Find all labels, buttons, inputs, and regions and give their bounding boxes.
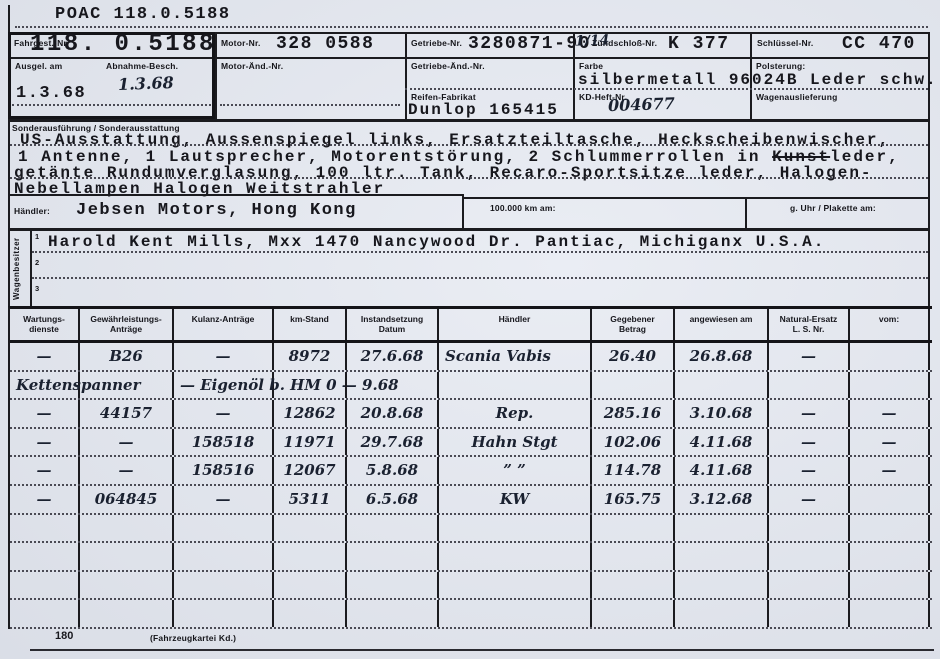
gearbox-mod-number-label: Getriebe-Änd.-Nr. <box>411 61 485 71</box>
acceptance-cert-label: Abnahme-Besch. <box>106 61 178 71</box>
table-cell <box>439 515 592 542</box>
table-cell: ” ” <box>439 457 592 484</box>
table-cell: 165.75 <box>592 486 675 513</box>
table-cell <box>675 543 769 570</box>
card-stamp-number: POAC 118.0.5188 <box>55 5 231 24</box>
table-header-row: Wartungs- diensteGewährleistungs- Anträg… <box>10 309 932 343</box>
table-cell <box>274 600 347 627</box>
rule <box>30 649 934 651</box>
table-cell <box>592 572 675 599</box>
table-cell: 064845 <box>80 486 174 513</box>
table-header-cell: Händler <box>439 309 592 340</box>
table-cell <box>850 600 930 627</box>
table-cell <box>80 515 174 542</box>
key-number-value: CC 470 <box>842 34 916 54</box>
engine-mod-number-label: Motor-Änd.-Nr. <box>221 61 283 71</box>
table-row: ——1585181197129.7.68Hahn Stgt102.064.11.… <box>10 429 932 458</box>
table-cell: — <box>769 457 850 484</box>
table-cell <box>850 543 930 570</box>
table-header-cell: km-Stand <box>274 309 347 340</box>
kd-booklet-hand-value: 004677 <box>608 94 675 115</box>
table-cell <box>850 372 930 399</box>
color-value: silbermetall 96024B Leder schw. <box>578 71 938 89</box>
table-cell: — Eigenöl b. HM 0 — 9.68 <box>174 372 274 399</box>
100000km-label: 100.000 km am: <box>490 203 556 213</box>
table-row: Kettenspanner— Eigenöl b. HM 0 — 9.68 <box>10 372 932 401</box>
rule <box>8 194 462 196</box>
table-cell <box>80 372 174 399</box>
owner-side-label: Wagenbesitzer <box>12 238 21 300</box>
owner-row3-number: 3 <box>35 284 39 293</box>
table-cell <box>592 372 675 399</box>
table-row <box>10 515 932 544</box>
table-cell <box>274 543 347 570</box>
table-cell: 102.06 <box>592 429 675 456</box>
color-label: Farbe <box>579 61 603 71</box>
table-cell <box>850 343 930 370</box>
table-cell: 44157 <box>80 400 174 427</box>
table-cell: 3.12.68 <box>675 486 769 513</box>
gearbox-number-value: 3280871-90 <box>468 34 591 54</box>
special-equipment-line1: US-Ausstattung, Aussenspiegel links, Ers… <box>20 131 890 149</box>
table-cell: 5.8.68 <box>347 457 439 484</box>
table-cell: 29.7.68 <box>347 429 439 456</box>
table-cell: — <box>769 429 850 456</box>
service-table: Wartungs- diensteGewährleistungs- Anträg… <box>8 306 932 629</box>
table-cell: Rep. <box>439 400 592 427</box>
table-cell: — <box>80 457 174 484</box>
rule <box>10 177 928 179</box>
delivered-date-label: Ausgel. am <box>15 61 62 71</box>
table-row: —064845—53116.5.68KW165.753.12.68— <box>10 486 932 515</box>
gearbox-number-label: Getriebe-Nr. <box>411 38 462 48</box>
table-cell: — <box>174 486 274 513</box>
table-cell: 4.11.68 <box>675 429 769 456</box>
table-cell: — <box>174 400 274 427</box>
table-cell: — <box>174 343 274 370</box>
table-cell <box>850 515 930 542</box>
footer-caption: (Fahrzeugkartei Kd.) <box>150 633 236 643</box>
owner-row1-text: Harold Kent Mills, Mxx 1470 Nancywood Dr… <box>48 233 825 251</box>
table-cell <box>769 515 850 542</box>
owner-row2-number: 2 <box>35 258 39 267</box>
table-cell: — <box>850 400 930 427</box>
delivered-date-value: 1.3.68 <box>16 84 86 103</box>
table-cell: 20.8.68 <box>347 400 439 427</box>
rule <box>462 194 464 228</box>
table-row: ——158516120675.8.68” ”114.784.11.68—— <box>10 457 932 486</box>
table-cell <box>10 515 80 542</box>
tire-brand-value: Dunlop 165415 <box>408 101 559 119</box>
table-cell <box>769 372 850 399</box>
table-cell <box>769 572 850 599</box>
owner-row1-number: 1 <box>35 232 39 241</box>
rule <box>15 26 928 28</box>
table-cell: 12067 <box>274 457 347 484</box>
table-cell <box>80 572 174 599</box>
table-cell: 11971 <box>274 429 347 456</box>
rule <box>220 104 400 106</box>
table-cell: 27.6.68 <box>347 343 439 370</box>
table-cell: 8972 <box>274 343 347 370</box>
rule <box>745 197 747 228</box>
table-cell <box>769 600 850 627</box>
key-number-label: Schlüssel-Nr. <box>757 38 813 48</box>
table-cell <box>439 543 592 570</box>
table-row: —44157—1286220.8.68Rep.285.163.10.68—— <box>10 400 932 429</box>
table-cell: — <box>769 486 850 513</box>
table-row <box>10 600 932 629</box>
engine-number-label: Motor-Nr. <box>221 38 261 48</box>
table-cell: Kettenspanner <box>10 372 80 399</box>
table-cell <box>10 600 80 627</box>
table-row <box>10 572 932 601</box>
rule <box>8 119 930 122</box>
clock-plakette-label: g. Uhr / Plakette am: <box>790 203 876 213</box>
rule <box>12 104 211 106</box>
table-cell <box>174 515 274 542</box>
table-cell: 6.5.68 <box>347 486 439 513</box>
table-cell: 158516 <box>174 457 274 484</box>
table-cell: 26.40 <box>592 343 675 370</box>
table-cell: Scania Vabis <box>439 343 592 370</box>
table-header-cell: Instandsetzung Datum <box>347 309 439 340</box>
table-cell <box>439 372 592 399</box>
table-header-cell: Natural-Ersatz L. S. Nr. <box>769 309 850 340</box>
table-header-cell: Gegebener Betrag <box>592 309 675 340</box>
table-cell: 3.10.68 <box>675 400 769 427</box>
table-cell <box>850 486 930 513</box>
table-cell <box>439 600 592 627</box>
table-cell: — <box>10 457 80 484</box>
table-cell: 4.11.68 <box>675 457 769 484</box>
table-header-cell: vom: <box>850 309 930 340</box>
table-cell <box>274 372 347 399</box>
rule <box>10 144 928 146</box>
table-row <box>10 543 932 572</box>
table-header-cell: angewiesen am <box>675 309 769 340</box>
table-cell: — <box>10 343 80 370</box>
table-cell <box>174 572 274 599</box>
table-cell: B26 <box>80 343 174 370</box>
table-cell: — <box>10 429 80 456</box>
table-cell <box>675 600 769 627</box>
table-cell: KW <box>439 486 592 513</box>
table-header-cell: Wartungs- dienste <box>10 309 80 340</box>
table-cell <box>850 572 930 599</box>
rule <box>32 251 928 253</box>
table-cell <box>174 600 274 627</box>
table-header-cell: Gewährleistungs- Anträge <box>80 309 174 340</box>
table-row: —B26—897227.6.68Scania Vabis26.4026.8.68… <box>10 343 932 372</box>
rule <box>32 277 928 279</box>
table-cell <box>80 600 174 627</box>
table-cell <box>592 600 675 627</box>
table-cell <box>675 572 769 599</box>
table-cell <box>80 543 174 570</box>
table-cell: — <box>850 457 930 484</box>
page-number: 180 <box>55 630 73 642</box>
table-cell <box>347 543 439 570</box>
table-cell <box>592 543 675 570</box>
table-cell <box>274 515 347 542</box>
table-cell <box>10 543 80 570</box>
table-cell: — <box>80 429 174 456</box>
table-cell: — <box>769 400 850 427</box>
table-cell: — <box>10 400 80 427</box>
upholstery-label: Polsterung: <box>756 61 805 71</box>
vehicle-record-card: POAC 118.0.5188 Fahrgest.-Nr. 118. 0.518… <box>0 0 940 659</box>
chassis-number-value: 118. 0.5188 <box>30 31 216 58</box>
table-cell: — <box>10 486 80 513</box>
ignition-lock-number-value: K 377 <box>668 34 730 54</box>
car-delivery-label: Wagenauslieferung <box>756 92 838 102</box>
table-body: —B26—897227.6.68Scania Vabis26.4026.8.68… <box>10 343 932 629</box>
table-cell <box>675 372 769 399</box>
table-cell <box>439 572 592 599</box>
table-cell <box>174 543 274 570</box>
table-cell: 5311 <box>274 486 347 513</box>
table-cell: 26.8.68 <box>675 343 769 370</box>
table-cell: — <box>769 343 850 370</box>
table-cell: 12862 <box>274 400 347 427</box>
acceptance-cert-hand-value: 1.3.68 <box>118 73 174 94</box>
table-cell: 114.78 <box>592 457 675 484</box>
table-cell <box>274 572 347 599</box>
table-cell <box>769 543 850 570</box>
table-header-cell: Kulanz-Anträge <box>174 309 274 340</box>
table-cell <box>592 515 675 542</box>
table-cell <box>675 515 769 542</box>
table-cell: 158518 <box>174 429 274 456</box>
rule <box>8 228 930 231</box>
table-cell <box>347 515 439 542</box>
table-cell: Hahn Stgt <box>439 429 592 456</box>
table-cell <box>347 372 439 399</box>
engine-number-value: 328 0588 <box>276 34 374 54</box>
table-cell <box>347 572 439 599</box>
table-cell <box>10 572 80 599</box>
dealer-label: Händler: <box>14 206 50 216</box>
table-cell <box>347 600 439 627</box>
table-cell: 285.16 <box>592 400 675 427</box>
table-cell: — <box>850 429 930 456</box>
rule <box>30 231 32 306</box>
rule <box>462 197 930 199</box>
rule <box>405 32 407 122</box>
ignition-lock-hand-note: 1/14 <box>575 32 610 49</box>
dealer-value: Jebsen Motors, Hong Kong <box>76 201 357 220</box>
